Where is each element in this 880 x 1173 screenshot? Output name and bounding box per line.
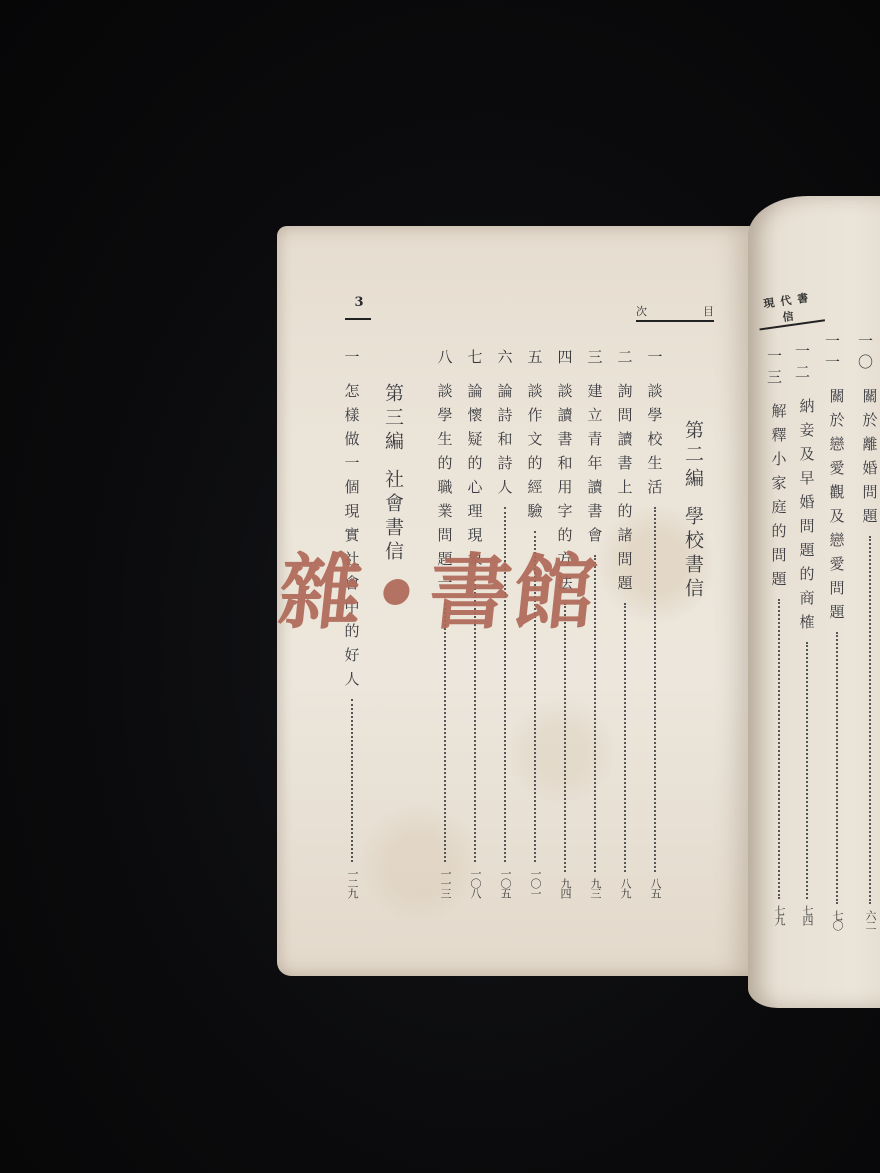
entry-title: 論懷疑的心理現象 — [465, 383, 486, 575]
toc-entry[interactable]: 四 談讀書和用字的方法 九四 — [553, 346, 577, 898]
entry-title: 談學校生活 — [645, 383, 666, 503]
entry-number: 一 — [344, 346, 359, 367]
entry-title: 談學生的職業問題一 — [435, 383, 456, 599]
entry-page: 七四 — [799, 905, 815, 925]
page-number: 3 — [345, 295, 373, 320]
section-title-3: 第三編社會書信 — [383, 383, 402, 565]
entry-page: 九三 — [587, 878, 603, 898]
entry-page: 一一三 — [437, 868, 453, 898]
entry-number: 六 — [497, 346, 512, 367]
entry-title: 關於戀愛觀及戀愛問題 — [827, 388, 848, 628]
entry-number: 七 — [467, 346, 482, 367]
entry-title: 談讀書和用字的方法 — [555, 383, 576, 599]
running-header-toc: 次 目 — [636, 303, 714, 322]
entry-page: 一〇五 — [497, 868, 513, 898]
toc-entry[interactable]: 一〇 關於離婚問題 六二 — [858, 330, 880, 930]
toc-entry[interactable]: 七 論懷疑的心理現象 一〇八 — [463, 346, 487, 898]
running-header-char: 次 — [636, 303, 647, 319]
dot-leader — [594, 555, 596, 872]
dot-leader — [624, 603, 626, 872]
entry-title: 談作文的經驗 — [525, 383, 546, 527]
entry-number: 五 — [527, 346, 542, 367]
dot-leader — [564, 603, 566, 872]
toc-entry[interactable]: 一 談學校生活 八五 — [643, 346, 667, 898]
section-label: 第二編 — [682, 420, 704, 492]
entry-page: 六二 — [862, 910, 878, 930]
dot-leader — [806, 642, 808, 899]
toc-entry[interactable]: 一 怎樣做一個現實社會中的好人 一二九 — [340, 346, 364, 898]
section-title-2: 第二編學校書信 — [683, 420, 702, 602]
entry-page: 七〇 — [829, 910, 845, 930]
dot-leader — [504, 507, 506, 862]
entry-page: 八九 — [617, 878, 633, 898]
entry-page: 一二九 — [344, 868, 360, 898]
entry-number: 一〇 — [858, 330, 880, 372]
entry-title: 關於離婚問題 — [860, 388, 880, 532]
entry-title: 怎樣做一個現實社會中的好人 — [342, 383, 363, 695]
entry-title: 詢問讀書上的諸問題 — [615, 383, 636, 599]
entry-page: 九四 — [557, 878, 573, 898]
entry-number: 四 — [557, 346, 572, 367]
entry-number: 一 — [647, 346, 662, 367]
dot-leader — [444, 603, 446, 862]
entry-title: 建立青年讀書會 — [585, 383, 606, 551]
toc-entry[interactable]: 一三 解釋小家庭的問題 七九 — [767, 345, 791, 925]
dot-leader — [351, 699, 353, 862]
dot-leader — [836, 632, 838, 904]
entry-page: 一〇八 — [467, 868, 483, 898]
entry-title: 納妾及早婚問題的商榷 — [797, 398, 818, 638]
entry-number: 三 — [587, 346, 602, 367]
entry-number: 一三 — [767, 345, 791, 387]
entry-number: 八 — [437, 346, 452, 367]
entry-page: 一〇一 — [527, 868, 543, 898]
entry-number: 二 — [617, 346, 632, 367]
dot-leader — [778, 599, 780, 899]
section-subtitle: 學校書信 — [682, 506, 704, 602]
header-rule — [345, 318, 371, 320]
toc-entry[interactable]: 二 詢問讀書上的諸問題 八九 — [613, 346, 637, 898]
dot-leader — [654, 507, 656, 872]
entry-page: 七九 — [771, 905, 787, 925]
entry-number: 一一 — [825, 330, 849, 372]
page-number-text: 3 — [354, 295, 363, 310]
toc-entry[interactable]: 一一 關於戀愛觀及戀愛問題 七〇 — [825, 330, 849, 930]
entry-page: 八五 — [647, 878, 663, 898]
toc-entry[interactable]: 六 論詩和詩人 一〇五 — [493, 346, 517, 898]
section-label: 第三編 — [382, 383, 404, 455]
entry-title: 論詩和詩人 — [495, 383, 516, 503]
dot-leader — [534, 531, 536, 862]
toc-entry[interactable]: 一二 納妾及早婚問題的商榷 七四 — [795, 340, 819, 925]
toc-entry[interactable]: 八 談學生的職業問題一 一一三 — [433, 346, 457, 898]
entry-number: 一二 — [795, 340, 819, 382]
toc-entry[interactable]: 三 建立青年讀書會 九三 — [583, 346, 607, 898]
toc-entry[interactable]: 五 談作文的經驗 一〇一 — [523, 346, 547, 898]
running-header-char: 目 — [703, 303, 714, 319]
entry-title: 解釋小家庭的問題 — [769, 403, 790, 595]
dot-leader — [869, 536, 871, 904]
dot-leader — [474, 579, 476, 862]
section-subtitle: 社會書信 — [382, 469, 404, 565]
